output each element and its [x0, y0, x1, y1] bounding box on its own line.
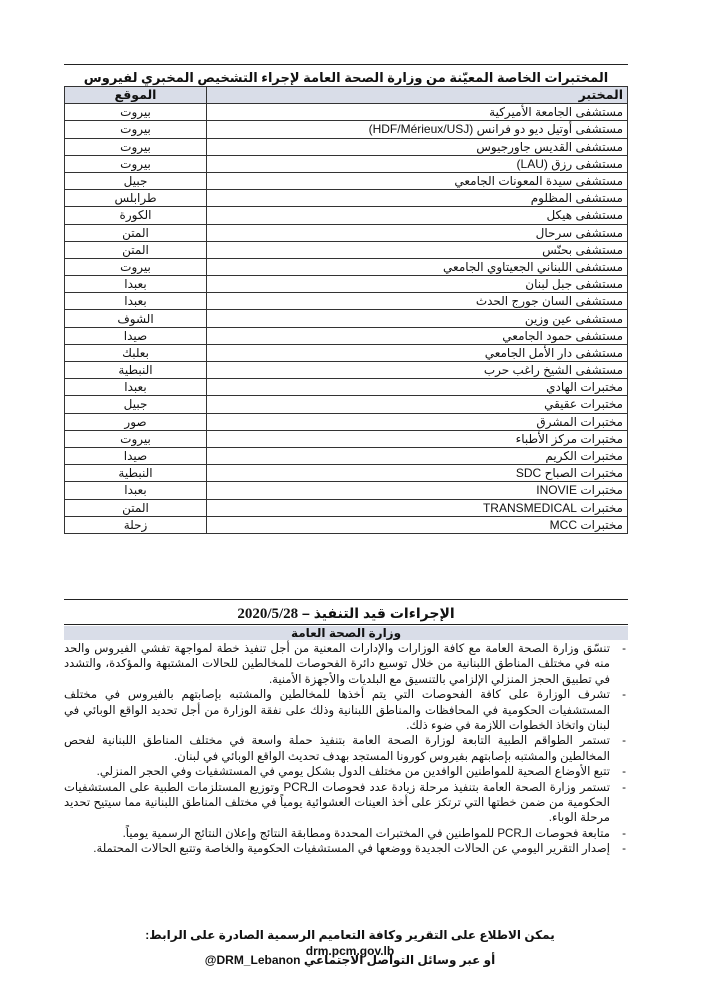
list-item: -تتبع الأوضاع الصحية للمواطنين الوافدين … — [64, 764, 628, 779]
table-row: مستشفى الشيخ راغب حربالنبطية — [65, 362, 628, 379]
lab-name-cell: مستشفى المظلوم — [207, 190, 628, 207]
lab-name-cell: مستشفى الشيخ راغب حرب — [207, 362, 628, 379]
list-item: -تستمر الطواقم الطبية التابعة لوزارة الص… — [64, 733, 628, 764]
footer-line-2: أو عبر وسائل التواصل الاجتماعي @DRM_Leba… — [140, 952, 560, 968]
lab-name-cell: مستشفى الجامعة الأميركية — [207, 104, 628, 121]
table-row: مختبرات الهاديبعبدا — [65, 379, 628, 396]
column-header-location: الموقع — [65, 87, 207, 104]
bullet-dash-icon: - — [622, 826, 626, 841]
actions-title-date: 2020/5/28 — [237, 606, 298, 622]
lab-name-cell: مستشفى جبل لبنان — [207, 276, 628, 293]
table-row: مستشفى اللبناني الجعيتاوي الجامعيبيروت — [65, 258, 628, 275]
table-row: مستشفى عين وزينالشوف — [65, 310, 628, 327]
table-row: مختبرات الصباح SDCالنبطية — [65, 465, 628, 482]
location-cell: النبطية — [65, 362, 207, 379]
table-row: مستشفى حمود الجامعيصيدا — [65, 327, 628, 344]
table-row: مختبرات عقيقيجبيل — [65, 396, 628, 413]
bullet-dash-icon: - — [622, 687, 626, 702]
table-row: مستشفى سرحالالمتن — [65, 224, 628, 241]
column-header-lab: المختبر — [207, 87, 628, 104]
lab-name-cell: مستشفى اللبناني الجعيتاوي الجامعي — [207, 258, 628, 275]
location-cell: المتن — [65, 224, 207, 241]
location-cell: جبيل — [65, 396, 207, 413]
lab-name-cell: مختبرات MCC — [207, 516, 628, 533]
list-item-text: تستمر الطواقم الطبية التابعة لوزارة الصح… — [64, 734, 610, 762]
location-cell: المتن — [65, 241, 207, 258]
location-cell: بيروت — [65, 104, 207, 121]
actions-title-label: الإجراءات قيد التنفيذ – — [298, 605, 455, 621]
table-row: مختبرات مركز الأطباءبيروت — [65, 430, 628, 447]
table-row: مختبرات INOVIEبعبدا — [65, 482, 628, 499]
lab-name-cell: مختبرات المشرق — [207, 413, 628, 430]
lab-name-cell: مختبرات TRANSMEDICAL — [207, 499, 628, 516]
lab-name-cell: مستشفى هيكل — [207, 207, 628, 224]
table-row: مستشفى دار الأمل الجامعيبعلبك — [65, 344, 628, 361]
table-row: مستشفى بحنّسالمتن — [65, 241, 628, 258]
location-cell: بيروت — [65, 138, 207, 155]
labs-table-body: مستشفى الجامعة الأميركيةبيروتمستشفى أوتي… — [65, 104, 628, 534]
list-item: -تنسّق وزارة الصحة العامة مع كافة الوزار… — [64, 641, 628, 687]
lab-name-cell: مستشفى بحنّس — [207, 241, 628, 258]
location-cell: الكورة — [65, 207, 207, 224]
table-row: مختبرات MCCزحلة — [65, 516, 628, 533]
location-cell: بيروت — [65, 258, 207, 275]
location-cell: المتن — [65, 499, 207, 516]
bullet-dash-icon: - — [622, 641, 626, 656]
table-row: مستشفى جبل لبنانبعبدا — [65, 276, 628, 293]
location-cell: زحلة — [65, 516, 207, 533]
location-cell: الشوف — [65, 310, 207, 327]
table-row: مستشفى المظلومطرابلس — [65, 190, 628, 207]
location-cell: بيروت — [65, 155, 207, 172]
footer-text-1: يمكن الاطلاع على التقرير وكافة التعاميم … — [145, 928, 554, 942]
lab-name-cell: مستشفى القديس جاورجيوس — [207, 138, 628, 155]
list-item-text: تتبع الأوضاع الصحية للمواطنين الوافدين م… — [97, 765, 610, 778]
list-item: -تستمر وزارة الصحة العامة بتنفيذ مرحلة ز… — [64, 780, 628, 826]
location-cell: بعبدا — [65, 276, 207, 293]
location-cell: طرابلس — [65, 190, 207, 207]
table-row: مستشفى السان جورج الحدثبعبدا — [65, 293, 628, 310]
location-cell: صيدا — [65, 447, 207, 464]
lab-name-cell: مستشفى عين وزين — [207, 310, 628, 327]
bullet-dash-icon: - — [622, 841, 626, 856]
table-row: مختبرات TRANSMEDICALالمتن — [65, 499, 628, 516]
location-cell: النبطية — [65, 465, 207, 482]
lab-name-cell: مختبرات مركز الأطباء — [207, 430, 628, 447]
table-row: مستشفى القديس جاورجيوسبيروت — [65, 138, 628, 155]
list-item-text: تنسّق وزارة الصحة العامة مع كافة الوزارا… — [64, 642, 610, 686]
labs-table: المختبر الموقع مستشفى الجامعة الأميركيةب… — [64, 86, 628, 534]
list-item: -إصدار التقرير اليومي عن الحالات الجديدة… — [64, 841, 628, 856]
actions-list: -تنسّق وزارة الصحة العامة مع كافة الوزار… — [64, 641, 628, 857]
table-header-row: المختبر الموقع — [65, 87, 628, 104]
table-row: مستشفى الجامعة الأميركيةبيروت — [65, 104, 628, 121]
lab-name-cell: مختبرات INOVIE — [207, 482, 628, 499]
location-cell: بعبدا — [65, 379, 207, 396]
location-cell: صيدا — [65, 327, 207, 344]
lab-name-cell: مستشفى سرحال — [207, 224, 628, 241]
location-cell: جبيل — [65, 172, 207, 189]
list-item-text: متابعة فحوصات الـPCR للمواطنين في المختب… — [123, 827, 610, 840]
table-row: مستشفى أوتيل ديو دو فرانس (HDF/Mérieux/U… — [65, 121, 628, 138]
location-cell: بعلبك — [65, 344, 207, 361]
lab-name-cell: مستشفى السان جورج الحدث — [207, 293, 628, 310]
bullet-dash-icon: - — [622, 764, 626, 779]
footer-social-handle[interactable]: @DRM_Lebanon — [205, 953, 301, 967]
section-divider — [64, 599, 628, 600]
table-row: مستشفى سيدة المعونات الجامعيجبيل — [65, 172, 628, 189]
list-item: -متابعة فحوصات الـPCR للمواطنين في المخت… — [64, 826, 628, 841]
table-row: مستشفى رزق (LAU)بيروت — [65, 155, 628, 172]
location-cell: بعبدا — [65, 482, 207, 499]
location-cell: صور — [65, 413, 207, 430]
lab-name-cell: مستشفى رزق (LAU) — [207, 155, 628, 172]
location-cell: بيروت — [65, 430, 207, 447]
lab-name-cell: مستشفى سيدة المعونات الجامعي — [207, 172, 628, 189]
actions-title: الإجراءات قيد التنفيذ – 2020/5/28 — [64, 604, 628, 623]
bullet-dash-icon: - — [622, 780, 626, 795]
table-row: مختبرات الكريمصيدا — [65, 447, 628, 464]
footer-text-2: أو عبر وسائل التواصل الاجتماعي — [300, 953, 495, 967]
bullet-dash-icon: - — [622, 733, 626, 748]
lab-name-cell: مختبرات عقيقي — [207, 396, 628, 413]
lab-name-cell: مختبرات الهادي — [207, 379, 628, 396]
lab-name-cell: مستشفى أوتيل ديو دو فرانس (HDF/Mérieux/U… — [207, 121, 628, 138]
band-top-divider — [64, 624, 628, 625]
list-item-text: تستمر وزارة الصحة العامة بتنفيذ مرحلة زي… — [64, 781, 610, 825]
top-divider — [64, 64, 628, 65]
list-item-text: إصدار التقرير اليومي عن الحالات الجديدة … — [93, 842, 610, 855]
ministry-band: وزارة الصحة العامة — [64, 626, 628, 640]
table-row: مختبرات المشرقصور — [65, 413, 628, 430]
location-cell: بيروت — [65, 121, 207, 138]
table-row: مستشفى هيكلالكورة — [65, 207, 628, 224]
lab-name-cell: مختبرات الصباح SDC — [207, 465, 628, 482]
lab-name-cell: مختبرات الكريم — [207, 447, 628, 464]
location-cell: بعبدا — [65, 293, 207, 310]
lab-name-cell: مستشفى دار الأمل الجامعي — [207, 344, 628, 361]
lab-name-cell: مستشفى حمود الجامعي — [207, 327, 628, 344]
list-item: -تشرف الوزارة على كافة الفحوصات التي يتم… — [64, 687, 628, 733]
list-item-text: تشرف الوزارة على كافة الفحوصات التي يتم … — [64, 688, 610, 732]
